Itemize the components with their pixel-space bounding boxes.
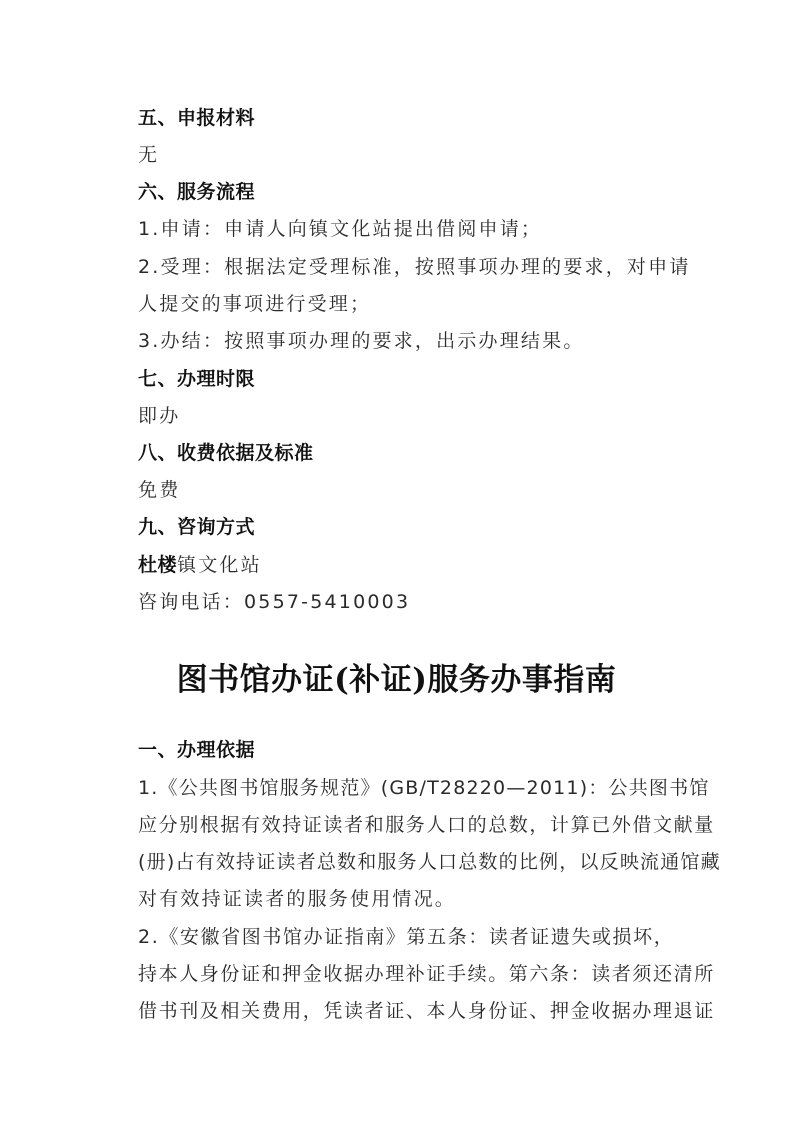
basis-2-line-2: 持本人身份证和押金收据办理补证手续。第六条：读者须还清所 (138, 962, 715, 986)
section-heading-contact: 九、咨询方式 (138, 515, 255, 539)
fees-body: 免费 (138, 478, 180, 502)
basis-1-line-3: (册)占有效持证读者总数和服务人口总数的比例，以反映流通馆藏 (138, 850, 721, 874)
document-page: 五、申报材料 无 六、服务流程 1.申请：申请人向镇文化站提出借阅申请； 2.受… (0, 0, 793, 1122)
contact-org: 杜楼镇文化站 (138, 553, 262, 577)
section-heading-process: 六、服务流程 (138, 180, 255, 204)
process-step-accept: 2.受理：根据法定受理标准，按照事项办理的要求，对申请 (138, 255, 691, 279)
contact-phone: 咨询电话：0557-5410003 (138, 590, 410, 614)
section-heading-fees: 八、收费依据及标准 (138, 441, 314, 465)
process-step-accept-cont: 人提交的事项进行受理； (138, 292, 371, 316)
guide-title: 图书馆办证(补证)服务办事指南 (0, 660, 793, 700)
time-limit-body: 即办 (138, 404, 180, 428)
materials-body: 无 (138, 143, 159, 167)
section-heading-materials: 五、申报材料 (138, 106, 255, 130)
basis-2-line-1: 2.《安徽省图书馆办证指南》第五条：读者证遗失或损坏， (138, 925, 674, 949)
basis-1-line-2: 应分别根据有效持证读者和服务人口的总数，计算已外借文献量 (138, 813, 715, 837)
section-heading-time-limit: 七、办理时限 (138, 367, 255, 391)
contact-org-station: 镇文化站 (177, 554, 262, 576)
process-step-apply: 1.申请：申请人向镇文化站提出借阅申请； (138, 217, 542, 241)
section-heading-basis: 一、办理依据 (138, 738, 255, 762)
basis-1-line-4: 对有效持证读者的服务使用情况。 (138, 887, 456, 911)
basis-2-line-3: 借书刊及相关费用，凭读者证、本人身份证、押金收据办理退证 (138, 999, 715, 1023)
basis-1-line-1: 1.《公共图书馆服务规范》(GB/T28220—2011)：公共图书馆 (138, 776, 710, 800)
contact-org-town: 杜楼 (138, 554, 177, 576)
process-step-complete: 3.办结：按照事项办理的要求，出示办理结果。 (138, 329, 585, 353)
